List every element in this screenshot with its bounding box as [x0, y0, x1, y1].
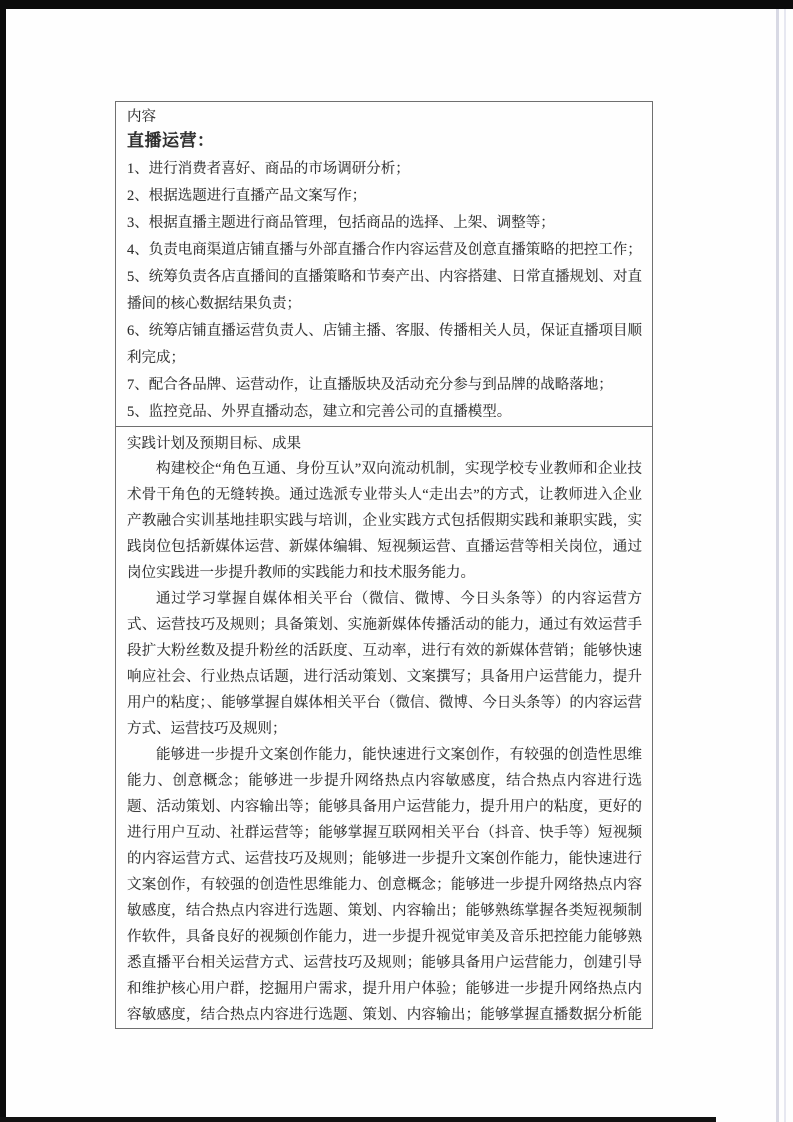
scanned-document-page: 内容 直播运营： 1、进行消费者喜好、商品的市场调研分析； 2、根据选题进行直播… [0, 0, 793, 1122]
scan-edge-right-line-2 [784, 9, 786, 1122]
list-item: 4、负责电商渠道店铺直播与外部直播合作内容运营及创意直播策略的把控工作； [127, 237, 642, 264]
table-row-content: 内容 直播运营： 1、进行消费者喜好、商品的市场调研分析； 2、根据选题进行直播… [116, 102, 652, 427]
section-title: 直播运营： [127, 128, 642, 154]
row-label: 内容 [127, 107, 642, 128]
paragraph: 通过学习掌握自媒体相关平台（微信、微博、今日头条等）的内容运营方式、运营技巧及规… [127, 586, 642, 742]
list-item: 5、统筹负责各店直播间的直播策略和节奏产出、内容搭建、日常直播规划、对直播间的核… [127, 264, 642, 318]
paragraph: 能够进一步提升文案创作能力，能快速进行文案创作，有较强的创造性思维能力、创意概念… [127, 742, 642, 1028]
paragraph: 构建校企“角色互通、身份互认”双向流动机制，实现学校专业教师和企业技术骨干角色的… [127, 456, 642, 586]
scan-edge-left [0, 0, 6, 1122]
table-row-plan: 实践计划及预期目标、成果 构建校企“角色互通、身份互认”双向流动机制，实现学校专… [116, 427, 652, 1028]
list-item: 6、统筹店铺直播运营负责人、店铺主播、客服、传播相关人员，保证直播项目顺利完成； [127, 318, 642, 372]
list-item: 7、配合各品牌、运营动作，让直播版块及活动充分参与到品牌的战略落地； [127, 372, 642, 399]
scan-edge-bottom [0, 1117, 716, 1122]
duty-list: 1、进行消费者喜好、商品的市场调研分析； 2、根据选题进行直播产品文案写作； 3… [127, 156, 642, 426]
list-item: 3、根据直播主题进行商品管理，包括商品的选择、上架、调整等； [127, 210, 642, 237]
list-item: 5、监控竞品、外界直播动态，建立和完善公司的直播模型。 [127, 399, 642, 426]
document-table: 内容 直播运营： 1、进行消费者喜好、商品的市场调研分析； 2、根据选题进行直播… [115, 101, 653, 1029]
scan-edge-right-line [776, 9, 779, 1122]
scan-edge-top [0, 0, 793, 9]
list-item: 2、根据选题进行直播产品文案写作； [127, 183, 642, 210]
list-item: 1、进行消费者喜好、商品的市场调研分析； [127, 156, 642, 183]
row-header: 实践计划及预期目标、成果 [127, 432, 642, 456]
